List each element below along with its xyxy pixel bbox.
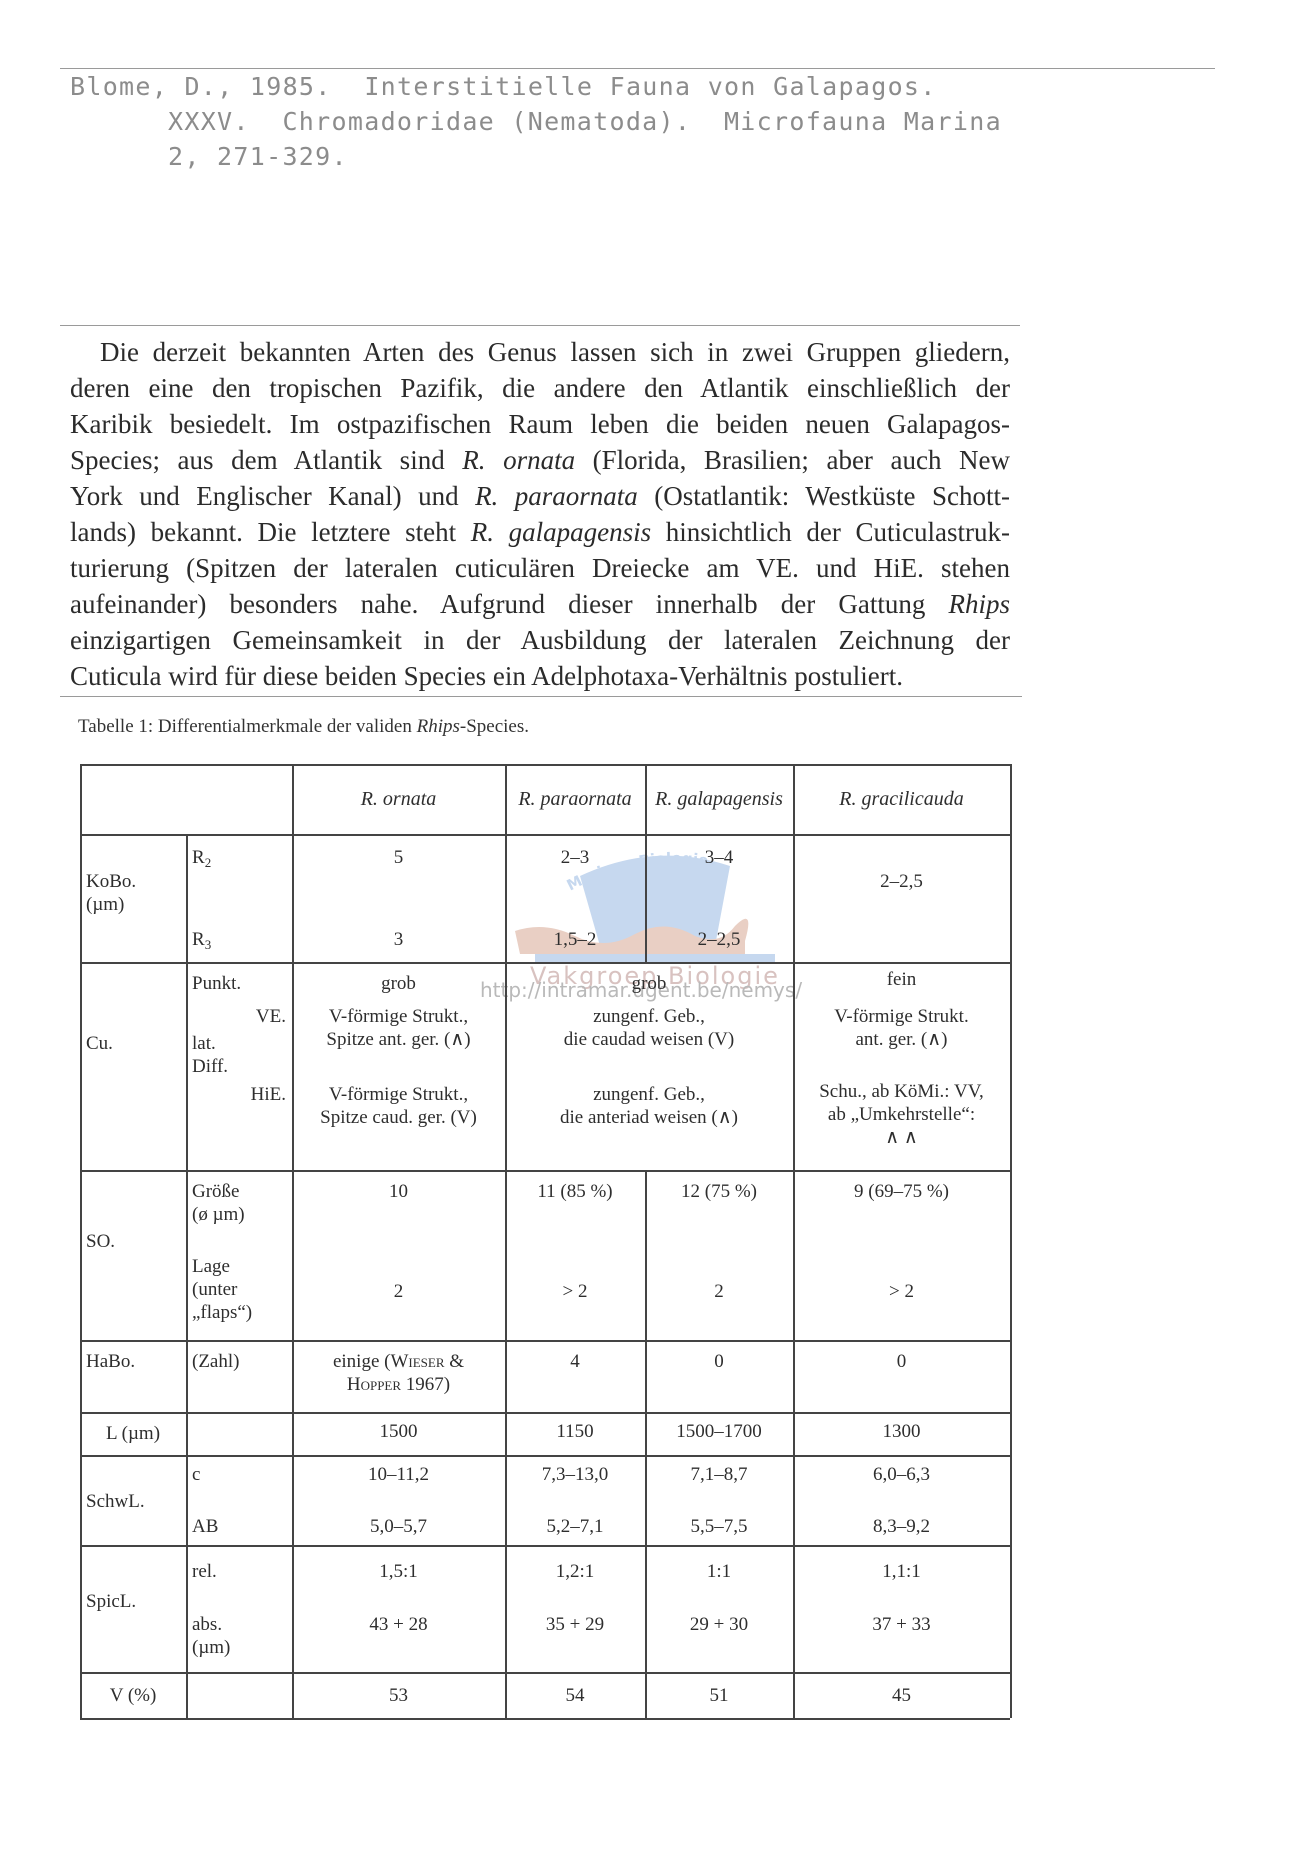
table-col-border — [505, 764, 507, 1718]
table-col-border — [292, 764, 294, 1718]
value-ab: 5,5–7,5 — [651, 1515, 787, 1538]
value-c: 6,0–6,3 — [799, 1463, 1004, 1486]
value-v: 54 — [511, 1684, 639, 1707]
table-row-border — [80, 764, 1010, 766]
table-row-border — [80, 1672, 1010, 1674]
value-habo: 4 — [511, 1350, 639, 1373]
paragraph-line: lands) bekannt. Die letztere steht R. ga… — [70, 514, 1010, 550]
table-row-border — [80, 1718, 1010, 1720]
text-run: Cuticula wird für diese beiden Species e… — [70, 661, 903, 691]
value-length: 1500 — [298, 1420, 499, 1443]
value-length: 1500–1700 — [651, 1420, 787, 1443]
paragraph-line: Die derzeit bekannten Arten des Genus la… — [70, 334, 1010, 370]
row-label-schwl: SchwL. — [86, 1490, 180, 1513]
row-label-cu: Cu. — [86, 1032, 180, 1055]
paragraph-line: deren eine den tropischen Pazifik, die a… — [70, 370, 1010, 406]
caption-prefix: Tabelle 1: Differentialmerkmale der vali… — [78, 716, 417, 737]
sublabel-c: c — [192, 1463, 286, 1486]
text-run: hinsichtlich der Cuticulastruk- — [651, 517, 1010, 547]
row-label-spicl: SpicL. — [86, 1590, 180, 1613]
species-header: R. gracilicauda — [799, 788, 1004, 811]
species-name: R. paraornata — [475, 481, 638, 511]
value-r2: 2–3 — [511, 846, 639, 869]
value-r3: 3 — [298, 928, 499, 951]
value-rel: 1:1 — [651, 1560, 787, 1583]
text-run: einzigartigen Gemeinsamkeit in der Ausbi… — [70, 625, 1010, 655]
paragraph-line: einzigartigen Gemeinsamkeit in der Ausbi… — [70, 622, 1010, 658]
value-ab: 5,0–5,7 — [298, 1515, 499, 1538]
row-label-v: V (%) — [86, 1684, 180, 1707]
text-run: turierung (Spitzen der lateralen cuticul… — [70, 553, 1010, 583]
sublabel-hie: HiE. — [192, 1083, 286, 1106]
paragraph-rule — [60, 696, 1022, 697]
table-row-border — [80, 834, 1010, 836]
sublabel-r3: R3 — [192, 928, 286, 956]
text-run: York und Englischer Kanal) und — [70, 481, 475, 511]
citation-line-2: XXXV. Chromadoridae (Nematoda). Microfau… — [168, 107, 1002, 136]
value-abs: 35 + 29 — [511, 1613, 639, 1636]
value-habo: einige (Wieser &Hopper 1967) — [298, 1350, 499, 1396]
value-r3: 2–2,5 — [651, 928, 787, 951]
sublabel-abs: abs.(µm) — [192, 1613, 286, 1659]
caption-suffix: -Species. — [460, 716, 529, 737]
value-hie: zungenf. Geb.,die anteriad weisen (∧) — [511, 1083, 787, 1129]
top-rule — [60, 68, 1215, 69]
table-col-border — [793, 764, 795, 1718]
sublabel-position: Lage(unter„flaps“) — [192, 1255, 286, 1324]
value-so-position: > 2 — [511, 1280, 639, 1303]
text-run: deren eine den tropischen Pazifik, die a… — [70, 373, 1010, 403]
value-ve: V-förmige Strukt.,Spitze ant. ger. (∧) — [298, 1005, 499, 1051]
table-col-border — [645, 764, 647, 962]
citation-line-1: Blome, D., 1985. Interstitielle Fauna vo… — [70, 72, 937, 101]
value-so-size: 12 (75 %) — [651, 1180, 787, 1203]
table-row-border — [80, 1455, 1010, 1457]
value-so-position: 2 — [651, 1280, 787, 1303]
value-habo: 0 — [651, 1350, 787, 1373]
text-run: Species; aus dem Atlantik sind — [70, 445, 462, 475]
value-rel: 1,5:1 — [298, 1560, 499, 1583]
value-length: 1300 — [799, 1420, 1004, 1443]
value-rel: 1,2:1 — [511, 1560, 639, 1583]
value-c: 10–11,2 — [298, 1463, 499, 1486]
row-label-so: SO. — [86, 1230, 180, 1253]
value-so-position: > 2 — [799, 1280, 1004, 1303]
table-caption: Tabelle 1: Differentialmerkmale der vali… — [78, 716, 529, 738]
table-col-border — [186, 834, 188, 1718]
value-ab: 5,2–7,1 — [511, 1515, 639, 1538]
table-row-border — [80, 1340, 1010, 1342]
value-v: 45 — [799, 1684, 1004, 1707]
value-so-size: 10 — [298, 1180, 499, 1203]
table-row-border — [80, 1170, 1010, 1172]
sublabel-ve: VE. — [192, 1005, 286, 1028]
species-header: R. ornata — [298, 788, 499, 811]
text-run: aufeinander) besonders nahe. Aufgrund di… — [70, 589, 948, 619]
value-punkt: grob — [298, 972, 499, 995]
species-header: R. paraornata — [511, 788, 639, 811]
paragraph-line: Species; aus dem Atlantik sind R. ornata… — [70, 442, 1010, 478]
paragraph-line: Cuticula wird für diese beiden Species e… — [70, 658, 1010, 694]
text-run: (Florida, Brasilien; aber auch New — [575, 445, 1010, 475]
text-run: Die derzeit bekannten Arten des Genus la… — [100, 337, 1010, 367]
value-so-size: 9 (69–75 %) — [799, 1180, 1004, 1203]
table-border-left — [80, 764, 82, 1718]
value-c: 7,1–8,7 — [651, 1463, 787, 1486]
sublabel-lat-diff: lat.Diff. — [192, 1032, 286, 1078]
value-ve: zungenf. Geb.,die caudad weisen (V) — [511, 1005, 787, 1051]
table-row-border — [80, 1545, 1010, 1547]
value-v: 51 — [651, 1684, 787, 1707]
value-c: 7,3–13,0 — [511, 1463, 639, 1486]
table-row-border — [80, 1412, 1010, 1414]
value-length: 1150 — [511, 1420, 639, 1443]
body-paragraph: Die derzeit bekannten Arten des Genus la… — [70, 334, 1010, 694]
species-name: R. ornata — [462, 445, 575, 475]
value-r2: 3–4 — [651, 846, 787, 869]
value-rel: 1,1:1 — [799, 1560, 1004, 1583]
value-ab: 8,3–9,2 — [799, 1515, 1004, 1538]
value-hie: V-förmige Strukt.,Spitze caud. ger. (V) — [298, 1083, 499, 1129]
paragraph-line: aufeinander) besonders nahe. Aufgrund di… — [70, 586, 1010, 622]
caption-genus: Rhips — [417, 716, 460, 737]
sublabel-ab: AB — [192, 1515, 286, 1538]
value-habo: 0 — [799, 1350, 1004, 1373]
header-rule — [60, 325, 1020, 326]
paragraph-line: York und Englischer Kanal) und R. paraor… — [70, 478, 1010, 514]
text-run: Karibik besiedelt. Im ostpazifischen Rau… — [70, 409, 1010, 439]
species-name: Rhips — [948, 589, 1010, 619]
value-abs: 37 + 33 — [799, 1613, 1004, 1636]
text-run: lands) bekannt. Die letztere steht — [70, 517, 471, 547]
table-row-border — [80, 962, 1010, 964]
value-punkt: fein — [799, 968, 1004, 991]
table-border-right — [1010, 764, 1012, 1718]
citation-line-3: 2, 271-329. — [168, 142, 348, 171]
value-hie: Schu., ab KöMi.: VV,ab „Umkehrstelle“:∧ … — [799, 1080, 1004, 1149]
sublabel-rel: rel. — [192, 1560, 286, 1583]
sublabel-size: Größe(ø µm) — [192, 1180, 286, 1226]
row-label-length: L (µm) — [86, 1422, 180, 1445]
species-header: R. galapagensis — [651, 788, 787, 811]
value-v: 53 — [298, 1684, 499, 1707]
paragraph-line: turierung (Spitzen der lateralen cuticul… — [70, 550, 1010, 586]
value-abs: 29 + 30 — [651, 1613, 787, 1636]
paragraph-line: Karibik besiedelt. Im ostpazifischen Rau… — [70, 406, 1010, 442]
value-kobo-gracilicauda: 2–2,5 — [799, 870, 1004, 893]
row-label-habo: HaBo. — [86, 1350, 180, 1373]
value-r2: 5 — [298, 846, 499, 869]
value-so-position: 2 — [298, 1280, 499, 1303]
row-label-kobo: KoBo.(µm) — [86, 870, 180, 916]
species-name: R. galapagensis — [471, 517, 651, 547]
value-punkt: grob — [511, 972, 787, 995]
value-abs: 43 + 28 — [298, 1613, 499, 1636]
sublabel-r2: R2 — [192, 846, 286, 874]
value-so-size: 11 (85 %) — [511, 1180, 639, 1203]
sublabel-count: (Zahl) — [192, 1350, 286, 1373]
sublabel-punkt: Punkt. — [192, 972, 286, 995]
value-ve: V-förmige Strukt.ant. ger. (∧) — [799, 1005, 1004, 1051]
value-r3: 1,5–2 — [511, 928, 639, 951]
table-col-border — [645, 1170, 647, 1718]
text-run: (Ostatlantik: Westküste Schott- — [638, 481, 1010, 511]
